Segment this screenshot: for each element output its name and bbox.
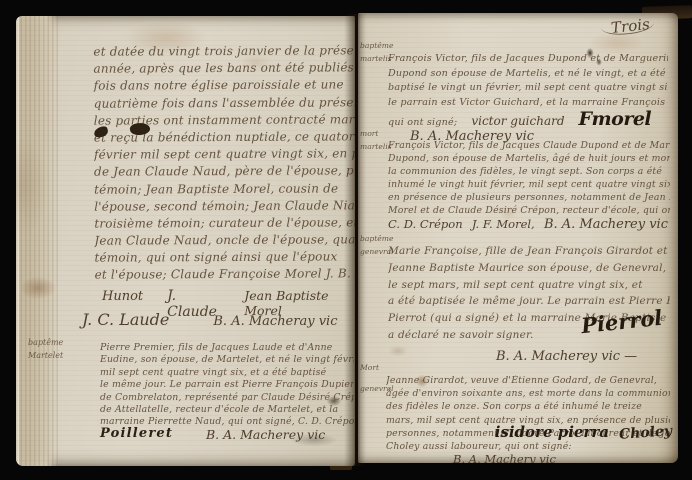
folio-number: Trois xyxy=(610,15,650,37)
left-page: et datée du vingt trois janvier de la pr… xyxy=(16,16,355,466)
manuscript-line: Marie Françoise, fille de Jean François … xyxy=(388,245,670,262)
signature-cd-crepon: C. D. Crépon xyxy=(388,217,463,231)
manuscript-scan: et datée du vingt trois janvier de la pr… xyxy=(0,0,692,480)
manuscript-line: quatrième fois dans l'assemblée du prése… xyxy=(94,95,355,114)
signature-line: isidore pierra Choley xyxy=(495,423,672,441)
manuscript-line: témoin; Jean Baptiste Morel, cousin de xyxy=(94,181,355,200)
manuscript-line: Eudine, son épouse, de Martelet, et né l… xyxy=(100,354,354,366)
signature-officiant: B. A. Macherey vic xyxy=(206,427,325,442)
manuscript-line: baptisé le vingt un février, mil sept ce… xyxy=(388,82,668,97)
manuscript-line: troisième témoin; curateur de l'épouse, … xyxy=(94,215,355,234)
manuscript-line: fois dans notre église paroissiale et un… xyxy=(94,78,355,97)
manuscript-line: février mil sept cent quatre vingt six, … xyxy=(94,146,355,165)
signature-choley: Choley xyxy=(618,423,672,443)
manuscript-line: le même jour. Le parrain est Pierre Fran… xyxy=(100,379,354,391)
signature-fmorel: Fmorel xyxy=(579,108,652,130)
signature-line: C. D. Crépon J. F. Morel, B. A. Macherey… xyxy=(388,217,668,232)
manuscript-line: Dupond son épouse de Martelis, et né le … xyxy=(388,68,668,83)
manuscript-line: François Victor, fils de Jacques Claude … xyxy=(388,140,670,153)
manuscript-line: année, après que les bans ont été publié… xyxy=(93,61,355,80)
manuscript-line: François Victor, fils de Jacques Dupond … xyxy=(388,53,668,68)
manuscript-line: des fidèles le onze. Son corps a été inh… xyxy=(386,401,670,414)
manuscript-line: de Attellatelle, recteur d'école de Mart… xyxy=(100,404,354,416)
page-stack-edge xyxy=(16,16,58,466)
margin-note-place: Martelet xyxy=(28,349,63,362)
signature-prefix: qui ont signé; xyxy=(388,117,457,128)
signature-officiant: B. A. Machery vic xyxy=(453,452,556,463)
signature-victor-guichard: victor guichard xyxy=(471,114,564,128)
margin-note-type: baptême xyxy=(28,336,63,349)
marriage-record-text: et datée du vingt trois janvier de la pr… xyxy=(93,43,355,285)
baptism-record-victor-text: François Victor, fils de Jacques Dupond … xyxy=(388,53,668,111)
manuscript-line: de Combrelaton, représenté par Claude Dé… xyxy=(100,392,354,404)
signature-isidore-pierra: isidore pierra xyxy=(495,423,609,441)
signature-officiant: B. A. Macheray vic xyxy=(213,314,337,329)
manuscript-line: la communion des fidèles, le vingt sept.… xyxy=(388,166,670,179)
signature-officiant: B. A. Macherey vic xyxy=(544,217,668,232)
manuscript-line: âgée d'environ soixante ans, est morte d… xyxy=(386,388,670,401)
signature-jf-morel: J. F. Morel, xyxy=(472,217,535,231)
manuscript-line: Jean Claude Naud, oncle de l'épouse, qua… xyxy=(94,232,355,251)
manuscript-line: l'épouse, second témoin; Jean Claude Nia… xyxy=(94,198,355,217)
manuscript-line: et datée du vingt trois janvier de la pr… xyxy=(93,43,355,62)
manuscript-line: en présence de plusieurs personnes, nota… xyxy=(388,192,670,205)
baptism-record-text: Pierre Premier, fils de Jacques Laude et… xyxy=(100,342,354,429)
signature-hunot: Hunot xyxy=(102,289,143,304)
manuscript-line: mil sept cent quatre vingt six, et a été… xyxy=(100,367,354,379)
right-page: Trois baptême martelis mort martelis bap… xyxy=(358,13,678,463)
manuscript-line: inhumé le vingt huit février, mil sept c… xyxy=(388,179,670,192)
manuscript-line: témoin, qui ont signé ainsi que l'époux xyxy=(94,250,355,269)
manuscript-line: et l'épouse; Claude Françoise Morel J. B… xyxy=(95,267,355,286)
signature-poilleret: Poilleret xyxy=(100,426,173,441)
signature-jc-laude: J. C. Laude xyxy=(82,310,169,329)
signature-line: qui ont signé; victor guichard Fmorel xyxy=(388,108,651,130)
manuscript-line: de Jean Claude Naud, père de l'épouse, p… xyxy=(94,164,355,183)
manuscript-line: Pierre Premier, fils de Jacques Laude et… xyxy=(100,342,354,354)
manuscript-line: le sept mars, mil sept cent quatre vingt… xyxy=(388,279,670,296)
margin-note-type: baptême xyxy=(360,39,406,52)
manuscript-line: Dupond, son épouse de Martelis, âgé de h… xyxy=(388,153,670,166)
margin-note-type: baptême xyxy=(360,232,406,245)
signature-officiant: B. A. Macherey vic — xyxy=(496,349,637,364)
manuscript-line: Jeanne Girardot, veuve d'Étienne Godard,… xyxy=(386,375,670,388)
witness-signatures-row: J. C. Laude B. A. Macheray vic xyxy=(82,310,344,329)
margin-note-baptism-martelet: baptême Martelet xyxy=(28,336,63,362)
death-record-victor-text: François Victor, fils de Jacques Claude … xyxy=(388,140,670,218)
manuscript-line: Jeanne Baptiste Maurice son épouse, de G… xyxy=(388,262,670,279)
